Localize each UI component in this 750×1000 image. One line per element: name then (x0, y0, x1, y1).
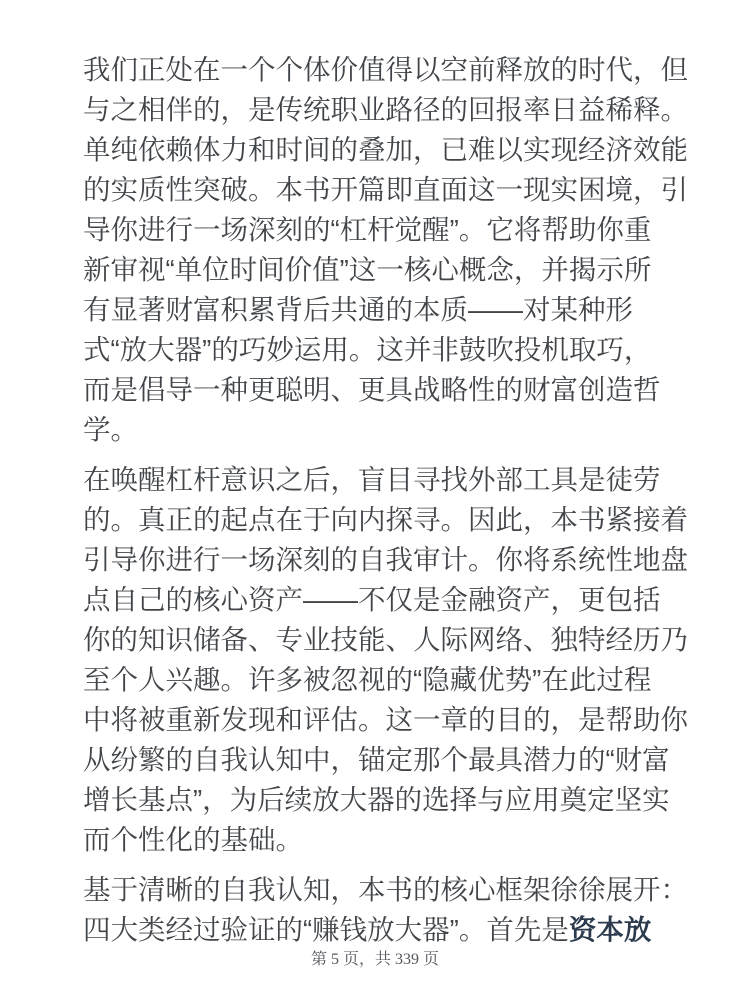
text-line: 四大类经过验证的“赚钱放大器”。首先是资本放 (83, 910, 692, 950)
paragraph: 我们正处在一个个体价值得以空前释放的时代，但与之相伴的，是传统职业路径的回报率日… (83, 50, 692, 450)
page-footer: 第 5 页，共 339 页 (0, 948, 750, 972)
body-text: 与之相伴的，是传统职业路径的回报率日益稀释。 (83, 94, 688, 125)
text-line: 至个人兴趣。许多被忽视的“隐藏优势”在此过程 (83, 660, 692, 700)
body-text: 有显著财富积累背后共通的本质——对某种形 (83, 294, 633, 325)
emphasis-text: 资本放 (569, 914, 652, 945)
body-text: 引导你进行一场深刻的自我审计。你将系统性地盘 (83, 544, 688, 575)
text-line: 有显著财富积累背后共通的本质——对某种形 (83, 290, 692, 330)
text-line: 引导你进行一场深刻的自我审计。你将系统性地盘 (83, 540, 692, 580)
text-line: 导你进行一场深刻的“杠杆觉醒”。它将帮助你重 (83, 210, 692, 250)
paragraph: 基于清晰的自我认知，本书的核心框架徐徐展开：四大类经过验证的“赚钱放大器”。首先… (83, 870, 692, 950)
text-line: 新审视“单位时间价值”这一核心概念，并揭示所 (83, 250, 692, 290)
text-line: 而是倡导一种更聪明、更具战略性的财富创造哲 (83, 370, 692, 410)
text-line: 与之相伴的，是传统职业路径的回报率日益稀释。 (83, 90, 692, 130)
body-text: 导你进行一场深刻的“杠杆觉醒”。它将帮助你重 (83, 214, 651, 245)
text-line: 点自己的核心资产——不仅是金融资产，更包括 (83, 580, 692, 620)
text-line: 而个性化的基础。 (83, 820, 692, 860)
page-content: 我们正处在一个个体价值得以空前释放的时代，但与之相伴的，是传统职业路径的回报率日… (0, 0, 750, 950)
paragraph: 在唤醒杠杆意识之后，盲目寻找外部工具是徒劳的。真正的起点在于向内探寻。因此，本书… (83, 460, 692, 860)
body-text: 式“放大器”的巧妙运用。这并非鼓吹投机取巧， (83, 334, 651, 365)
body-text: 从纷繁的自我认知中，锚定那个最具潜力的“财富 (83, 744, 670, 775)
text-line: 从纷繁的自我认知中，锚定那个最具潜力的“财富 (83, 740, 692, 780)
body-text: 四大类经过验证的“赚钱放大器”。首先是 (83, 914, 569, 945)
body-text: 而个性化的基础。 (83, 824, 303, 855)
text-line: 式“放大器”的巧妙运用。这并非鼓吹投机取巧， (83, 330, 692, 370)
body-text: 在唤醒杠杆意识之后，盲目寻找外部工具是徒劳 (83, 464, 661, 495)
text-line: 你的知识储备、专业技能、人际网络、独特经历乃 (83, 620, 692, 660)
reader-page: 我们正处在一个个体价值得以空前释放的时代，但与之相伴的，是传统职业路径的回报率日… (0, 0, 750, 1000)
body-text: 我们正处在一个个体价值得以空前释放的时代，但 (83, 54, 688, 85)
text-line: 单纯依赖体力和时间的叠加，已难以实现经济效能 (83, 130, 692, 170)
text-line: 基于清晰的自我认知，本书的核心框架徐徐展开： (83, 870, 692, 910)
text-line: 在唤醒杠杆意识之后，盲目寻找外部工具是徒劳 (83, 460, 692, 500)
text-line: 增长基点”，为后续放大器的选择与应用奠定坚实 (83, 780, 692, 820)
body-text: 你的知识储备、专业技能、人际网络、独特经历乃 (83, 624, 688, 655)
body-text: 至个人兴趣。许多被忽视的“隐藏优势”在此过程 (83, 664, 651, 695)
body-text: 基于清晰的自我认知，本书的核心框架徐徐展开： (83, 874, 688, 905)
body-text: 单纯依赖体力和时间的叠加，已难以实现经济效能 (83, 134, 688, 165)
text-line: 学。 (83, 410, 692, 450)
text-line: 我们正处在一个个体价值得以空前释放的时代，但 (83, 50, 692, 90)
body-text: 新审视“单位时间价值”这一核心概念，并揭示所 (83, 254, 651, 285)
text-line: 中将被重新发现和评估。这一章的目的，是帮助你 (83, 700, 692, 740)
text-line: 的。真正的起点在于向内探寻。因此，本书紧接着 (83, 500, 692, 540)
body-text: 的。真正的起点在于向内探寻。因此，本书紧接着 (83, 504, 688, 535)
body-text: 中将被重新发现和评估。这一章的目的，是帮助你 (83, 704, 688, 735)
body-text: 而是倡导一种更聪明、更具战略性的财富创造哲 (83, 374, 661, 405)
body-text: 点自己的核心资产——不仅是金融资产，更包括 (83, 584, 661, 615)
page-indicator: 第 5 页，共 339 页 (311, 951, 439, 968)
body-text: 学。 (83, 414, 138, 445)
body-text: 的实质性突破。本书开篇即直面这一现实困境，引 (83, 174, 688, 205)
text-line: 的实质性突破。本书开篇即直面这一现实困境，引 (83, 170, 692, 210)
body-text: 增长基点”，为后续放大器的选择与应用奠定坚实 (83, 784, 670, 815)
